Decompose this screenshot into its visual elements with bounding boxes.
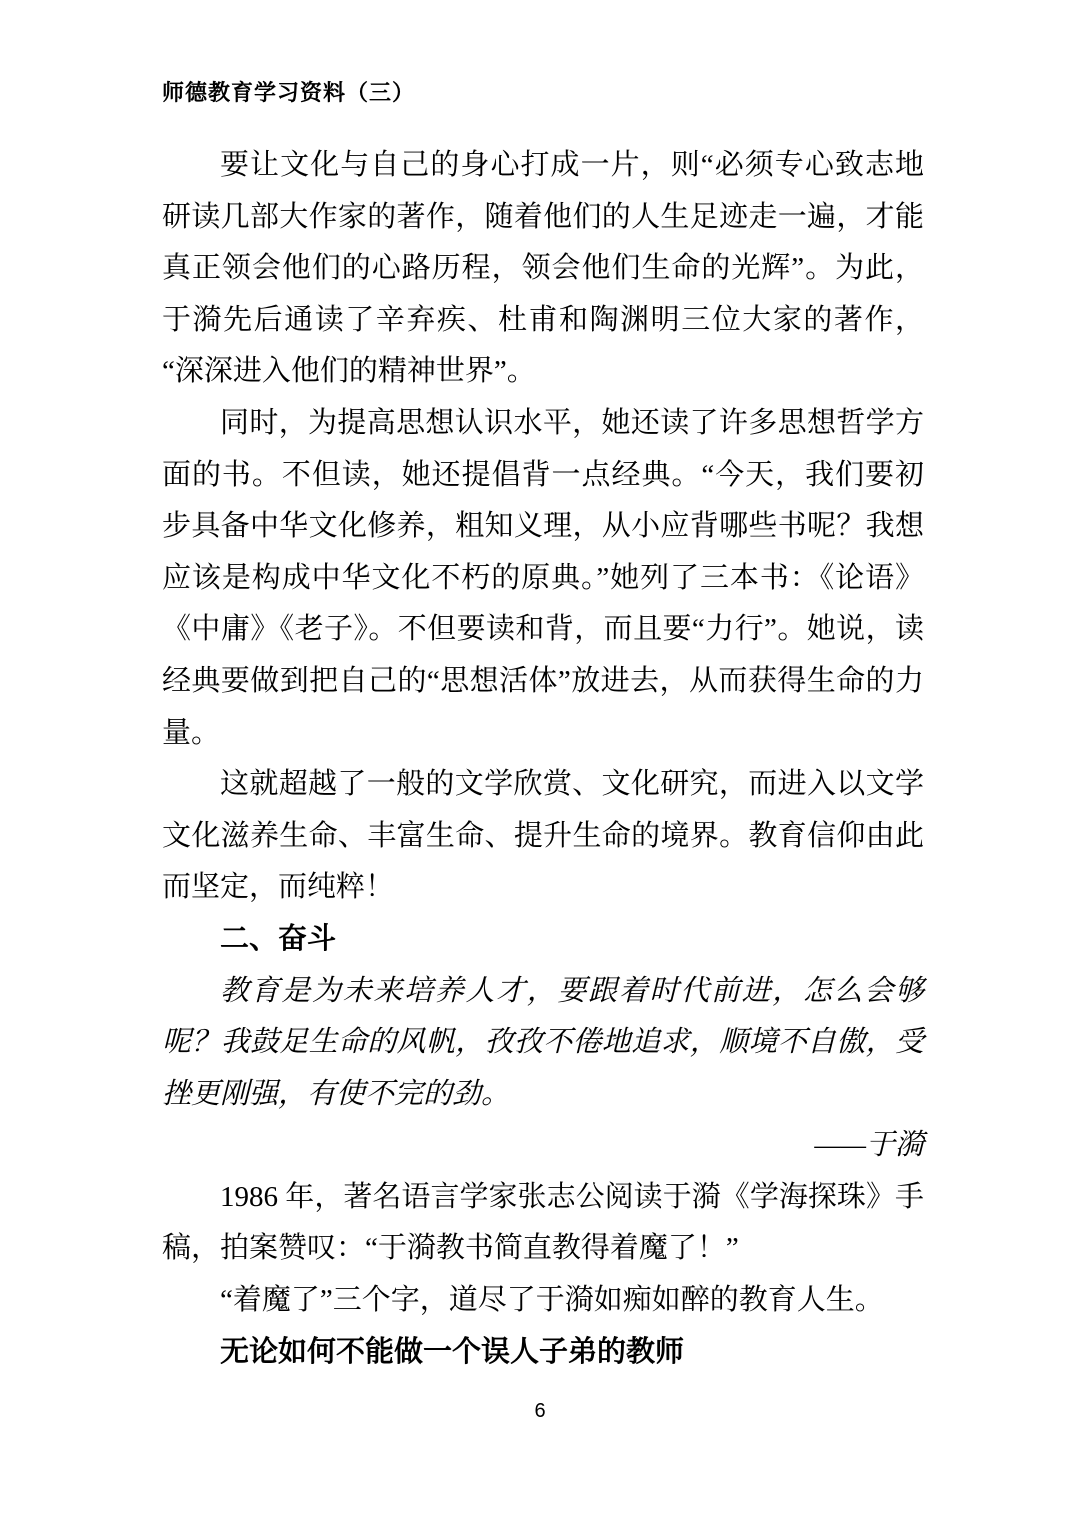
document-title: 师德教育学习资料（三）	[162, 76, 415, 107]
section-heading-struggle: 二、奋斗	[162, 914, 924, 966]
paragraph-classics-reciting: 同时，为提高思想认识水平，她还读了许多思想哲学方面的书。不但读，她还提倡背一点经…	[162, 398, 924, 759]
document-body: 要让文化与自己的身心打成一片，则“必须专心致志地研读几部大作家的著作，随着他们的…	[162, 140, 924, 1378]
paragraph-zhaomole: “着魔了”三个字，道尽了于漪如痴如醉的教育人生。	[162, 1275, 924, 1327]
quote-attribution: ——于漪	[162, 1120, 924, 1172]
page-number: 6	[0, 1400, 1080, 1423]
document-page: 师德教育学习资料（三） 要让文化与自己的身心打成一片，则“必须专心致志地研读几部…	[0, 0, 1080, 1527]
bold-subheading-teacher: 无论如何不能做一个误人子弟的教师	[162, 1327, 924, 1379]
paragraph-education-belief: 这就超越了一般的文学欣赏、文化研究，而进入以文学文化滋养生命、丰富生命、提升生命…	[162, 759, 924, 914]
paragraph-1986-anecdote: 1986 年，著名语言学家张志公阅读于漪《学海探珠》手稿，拍案赞叹：“于漪教书简…	[162, 1172, 924, 1275]
paragraph-culture-reading: 要让文化与自己的身心打成一片，则“必须专心致志地研读几部大作家的著作，随着他们的…	[162, 140, 924, 398]
quote-paragraph: 教育是为未来培养人才，要跟着时代前进，怎么会够呢？我鼓足生命的风帆，孜孜不倦地追…	[162, 966, 924, 1121]
